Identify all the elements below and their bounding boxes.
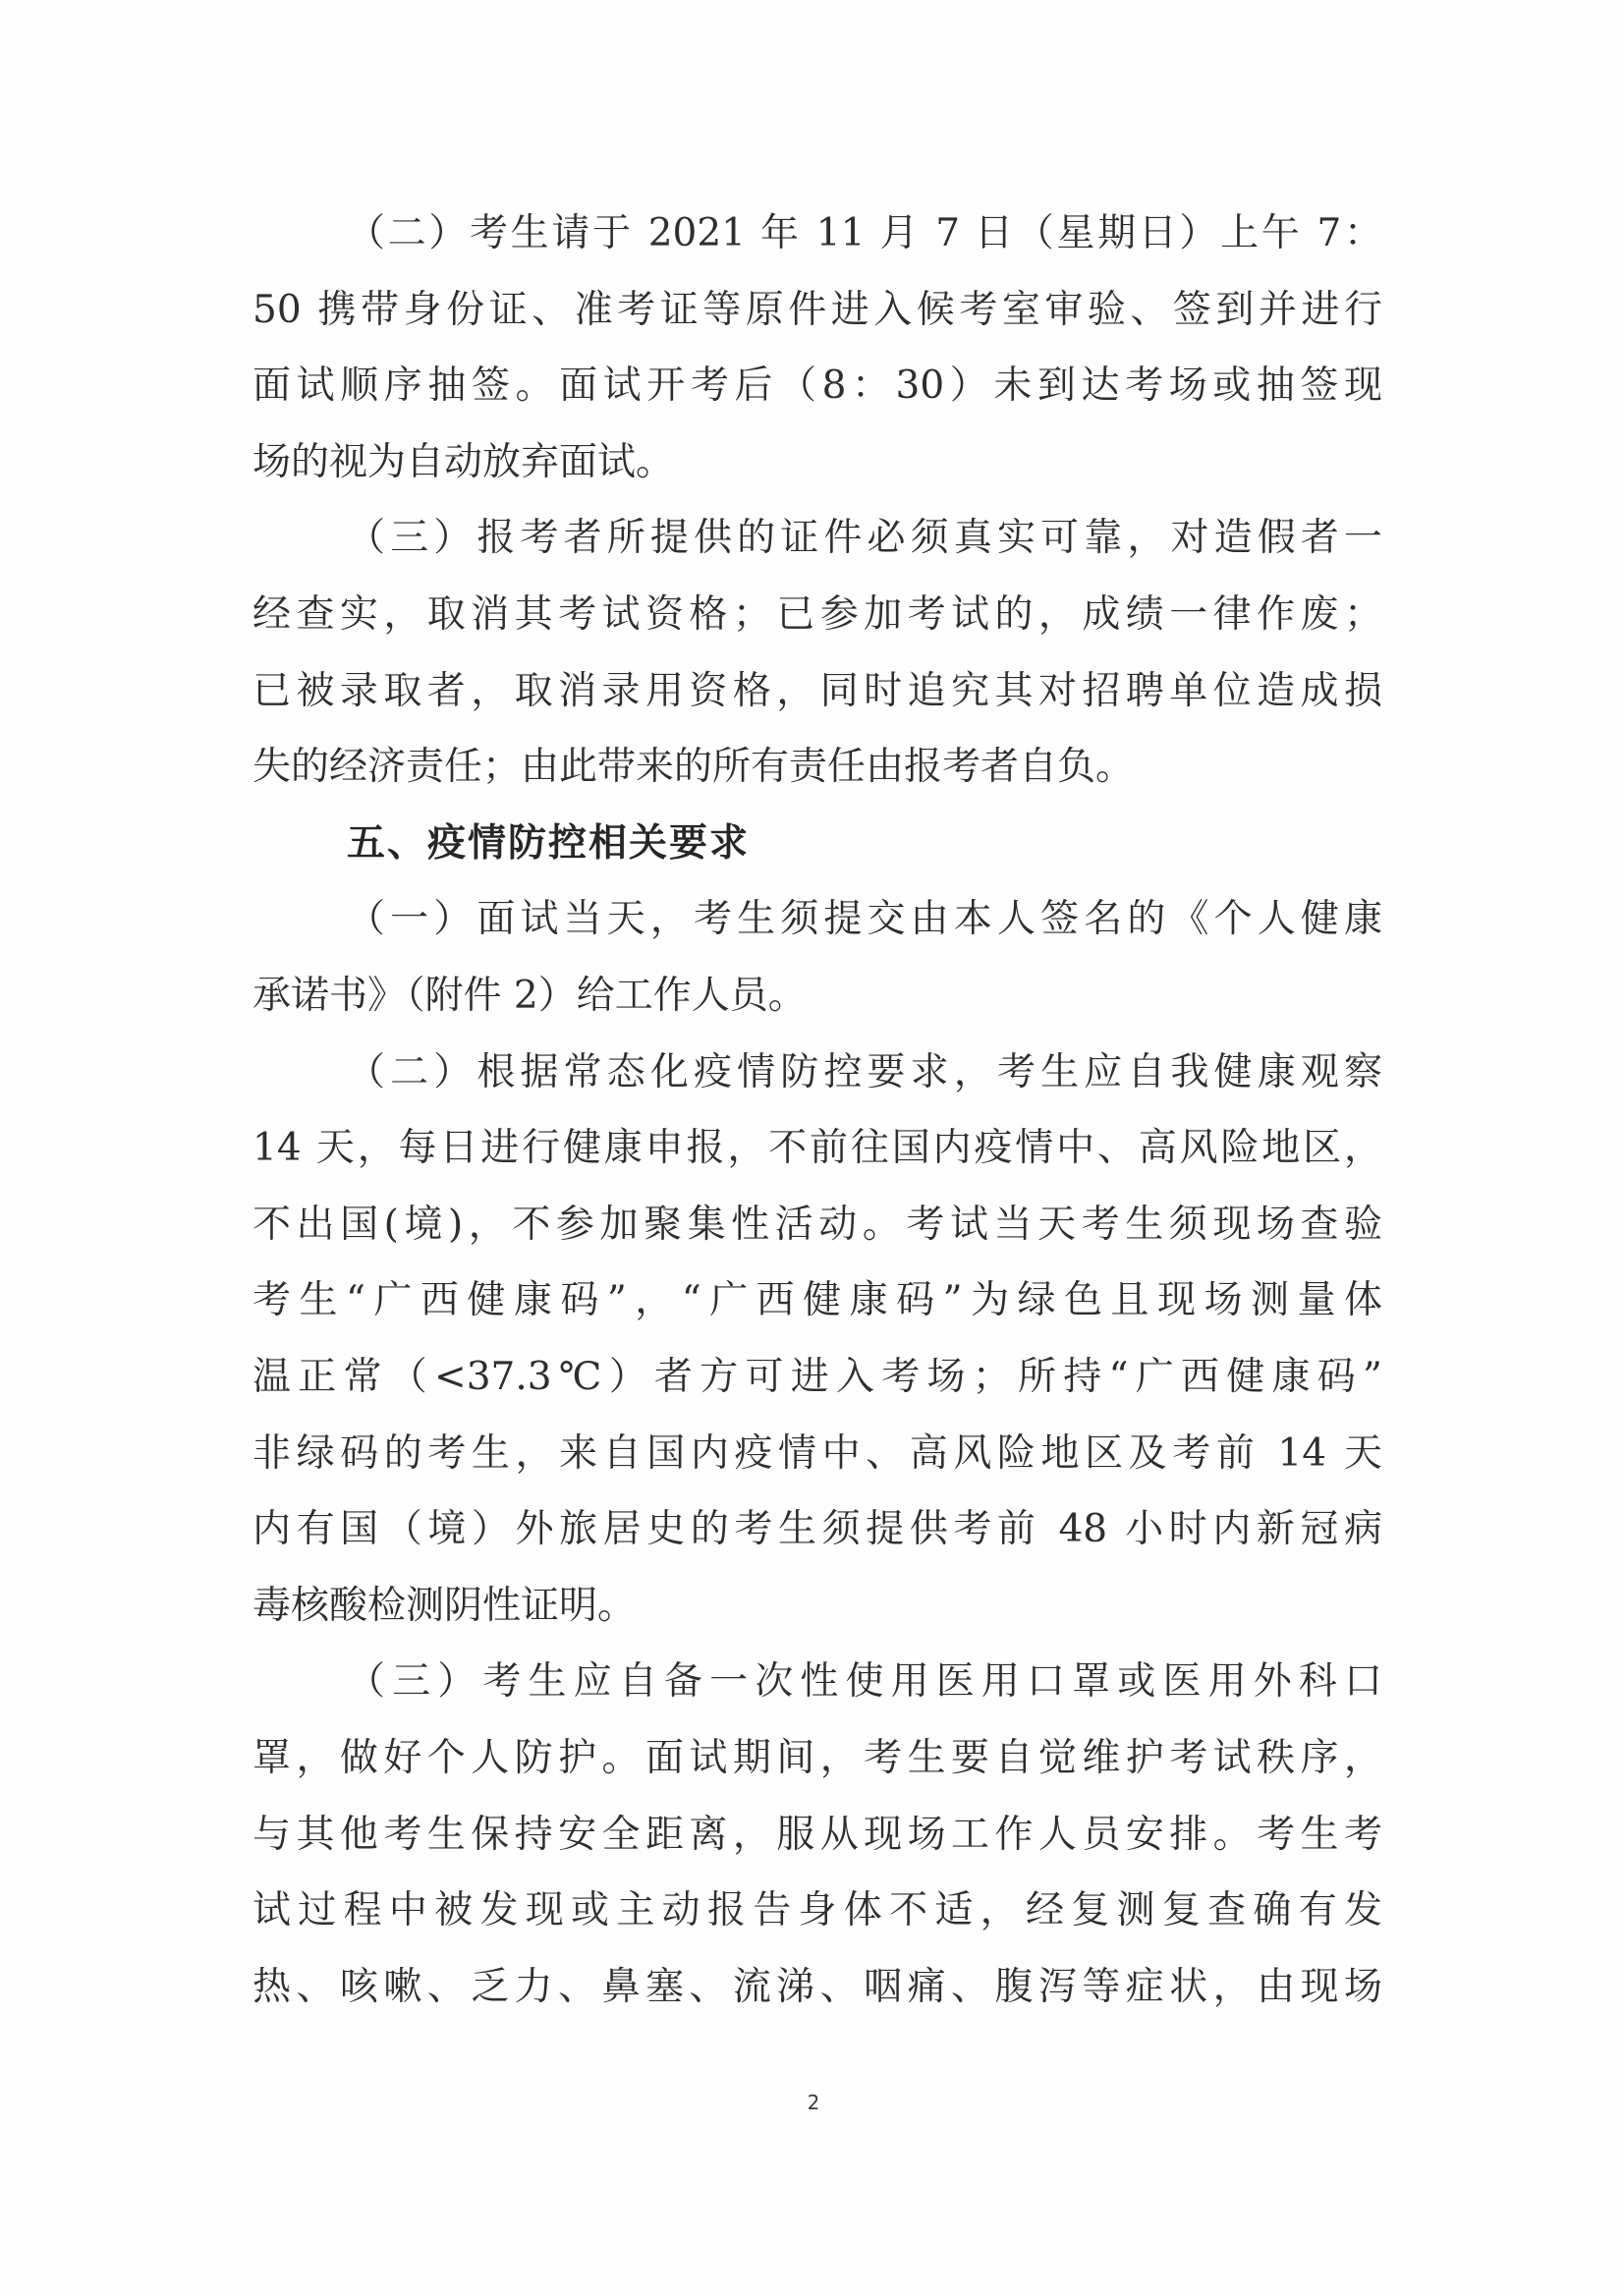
paragraph-line: （二）考生请于 2021 年 11 月 7 日（星期日）上午 7： <box>347 208 1382 259</box>
document-page: （二）考生请于 2021 年 11 月 7 日（星期日）上午 7： 50 携带身… <box>0 0 1624 2296</box>
paragraph-line: 14 天，每日进行健康申报，不前往国内疫情中、高风险地区， <box>252 1123 1382 1174</box>
page-number: 2 <box>804 2091 823 2114</box>
paragraph-line: 非绿码的考生，来自国内疫情中、高风险地区及考前 14 天 <box>252 1428 1382 1480</box>
section-heading: 五、疫情防控相关要求 <box>347 818 1382 869</box>
paragraph-line: 试过程中被发现或主动报告身体不适，经复测复查确有发 <box>252 1885 1382 1936</box>
paragraph-line: 毒核酸检测阴性证明。 <box>252 1581 1382 1632</box>
paragraph-line: 已被录取者，取消录用资格，同时追究其对招聘单位造成损 <box>252 666 1382 717</box>
paragraph-line: （一）面试当天，考生须提交由本人签名的《个人健康 <box>347 894 1382 945</box>
paragraph-line: 失的经济责任；由此带来的所有责任由报考者自负。 <box>252 742 1382 793</box>
paragraph-line: 50 携带身份证、准考证等原件进入候考室审验、签到并进行 <box>252 285 1382 336</box>
paragraph-line: 承诺书》（附件 2）给工作人员。 <box>252 971 1382 1022</box>
paragraph-line: 不出国(境)，不参加聚集性活动。考试当天考生须现场查验 <box>252 1200 1382 1251</box>
paragraph-line: 面试顺序抽签。面试开考后（8：30）未到达考场或抽签现 <box>252 361 1382 412</box>
paragraph-line: 经查实，取消其考试资格；已参加考试的，成绩一律作废； <box>252 589 1382 641</box>
paragraph-line: （三）考生应自备一次性使用医用口罩或医用外科口 <box>347 1656 1382 1708</box>
paragraph-line: 考生“广西健康码”，“广西健康码”为绿色且现场测量体 <box>252 1275 1382 1326</box>
paragraph-line: 场的视为自动放弃面试。 <box>252 437 1382 488</box>
paragraph-line: 温正常（<37.3℃）者方可进入考场；所持“广西健康码” <box>252 1352 1382 1403</box>
paragraph-line: 热、咳嗽、乏力、鼻塞、流涕、咽痛、腹泻等症状，由现场 <box>252 1962 1382 2013</box>
paragraph-line: 内有国（境）外旅居史的考生须提供考前 48 小时内新冠病 <box>252 1504 1382 1555</box>
paragraph-line: （三）报考者所提供的证件必须真实可靠，对造假者一 <box>347 513 1382 564</box>
paragraph-line: 罩，做好个人防护。面试期间，考生要自觉维护考试秩序， <box>252 1733 1382 1784</box>
paragraph-line: 与其他考生保持安全距离，服从现场工作人员安排。考生考 <box>252 1810 1382 1861</box>
paragraph-line: （二）根据常态化疫情防控要求，考生应自我健康观察 <box>347 1047 1382 1098</box>
